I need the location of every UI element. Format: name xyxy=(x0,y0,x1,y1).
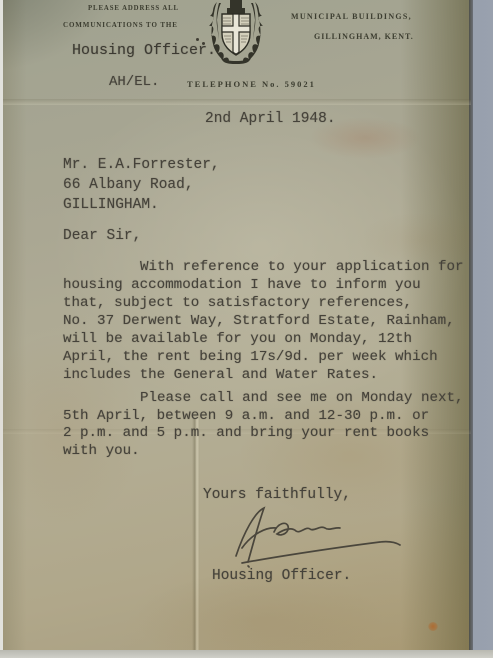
recipient-street: 66 Albany Road, xyxy=(63,175,220,195)
photo-bottom-edge xyxy=(0,650,493,658)
letter-reference: AH/EL. xyxy=(109,74,159,90)
letterhead-town: GILLINGHAM, KENT. xyxy=(314,32,414,41)
letter-photo: PLEASE ADDRESS ALL COMMUNICATIONS TO THE… xyxy=(0,0,493,658)
paper-left-edge xyxy=(0,0,3,651)
paragraph-line: that, subject to satisfactory references… xyxy=(63,294,464,312)
paragraph-2: Please call and see me on Monday next, 5… xyxy=(63,390,464,460)
recipient-town: GILLINGHAM. xyxy=(63,195,220,215)
ink-speck xyxy=(196,38,199,41)
paragraph-line: With reference to your application for xyxy=(63,258,464,276)
paper-right-edge xyxy=(469,0,473,651)
paragraph-line: Please call and see me on Monday next, xyxy=(63,390,464,408)
paragraph-line: 2 p.m. and 5 p.m. and bring your rent bo… xyxy=(63,425,464,443)
paragraph-line: April, the rent being 17s/9d. per week w… xyxy=(63,348,464,366)
handwritten-signature xyxy=(228,502,420,570)
letterhead-telephone: TELEPHONE No. 59021 xyxy=(187,79,316,89)
paragraph-1: With reference to your application for h… xyxy=(63,258,464,384)
signatory-title: Housing Officer. xyxy=(212,568,351,584)
paragraph-line: 5th April, between 9 a.m. and 12-30 p.m.… xyxy=(63,408,464,426)
letterhead-note-line1: PLEASE ADDRESS ALL xyxy=(88,5,179,12)
paragraph-line: No. 37 Derwent Way, Stratford Estate, Ra… xyxy=(63,312,464,330)
recipient-address: Mr. E.A.Forrester, 66 Albany Road, GILLI… xyxy=(63,155,220,215)
letterhead-note-line2: COMMUNICATIONS TO THE xyxy=(63,21,178,29)
salutation: Dear Sir, xyxy=(63,228,141,244)
ink-speck xyxy=(202,42,205,45)
recipient-name: Mr. E.A.Forrester, xyxy=(63,155,220,175)
letterhead-office-title: Housing Officer. xyxy=(72,42,216,59)
paragraph-line: will be available for you on Monday, 12t… xyxy=(63,330,464,348)
letter-date: 2nd April 1948. xyxy=(205,111,336,127)
ink-stain-dot xyxy=(428,622,438,631)
paragraph-line: housing accommodation I have to inform y… xyxy=(63,276,464,294)
closing-valediction: Yours faithfully, xyxy=(203,487,351,503)
paragraph-line: with you. xyxy=(63,443,464,461)
paragraph-line: includes the General and Water Rates. xyxy=(63,366,464,384)
coat-of-arms-icon xyxy=(205,0,267,66)
horizontal-fold-crease xyxy=(3,99,471,105)
letterhead-building: MUNICIPAL BUILDINGS, xyxy=(291,12,412,21)
